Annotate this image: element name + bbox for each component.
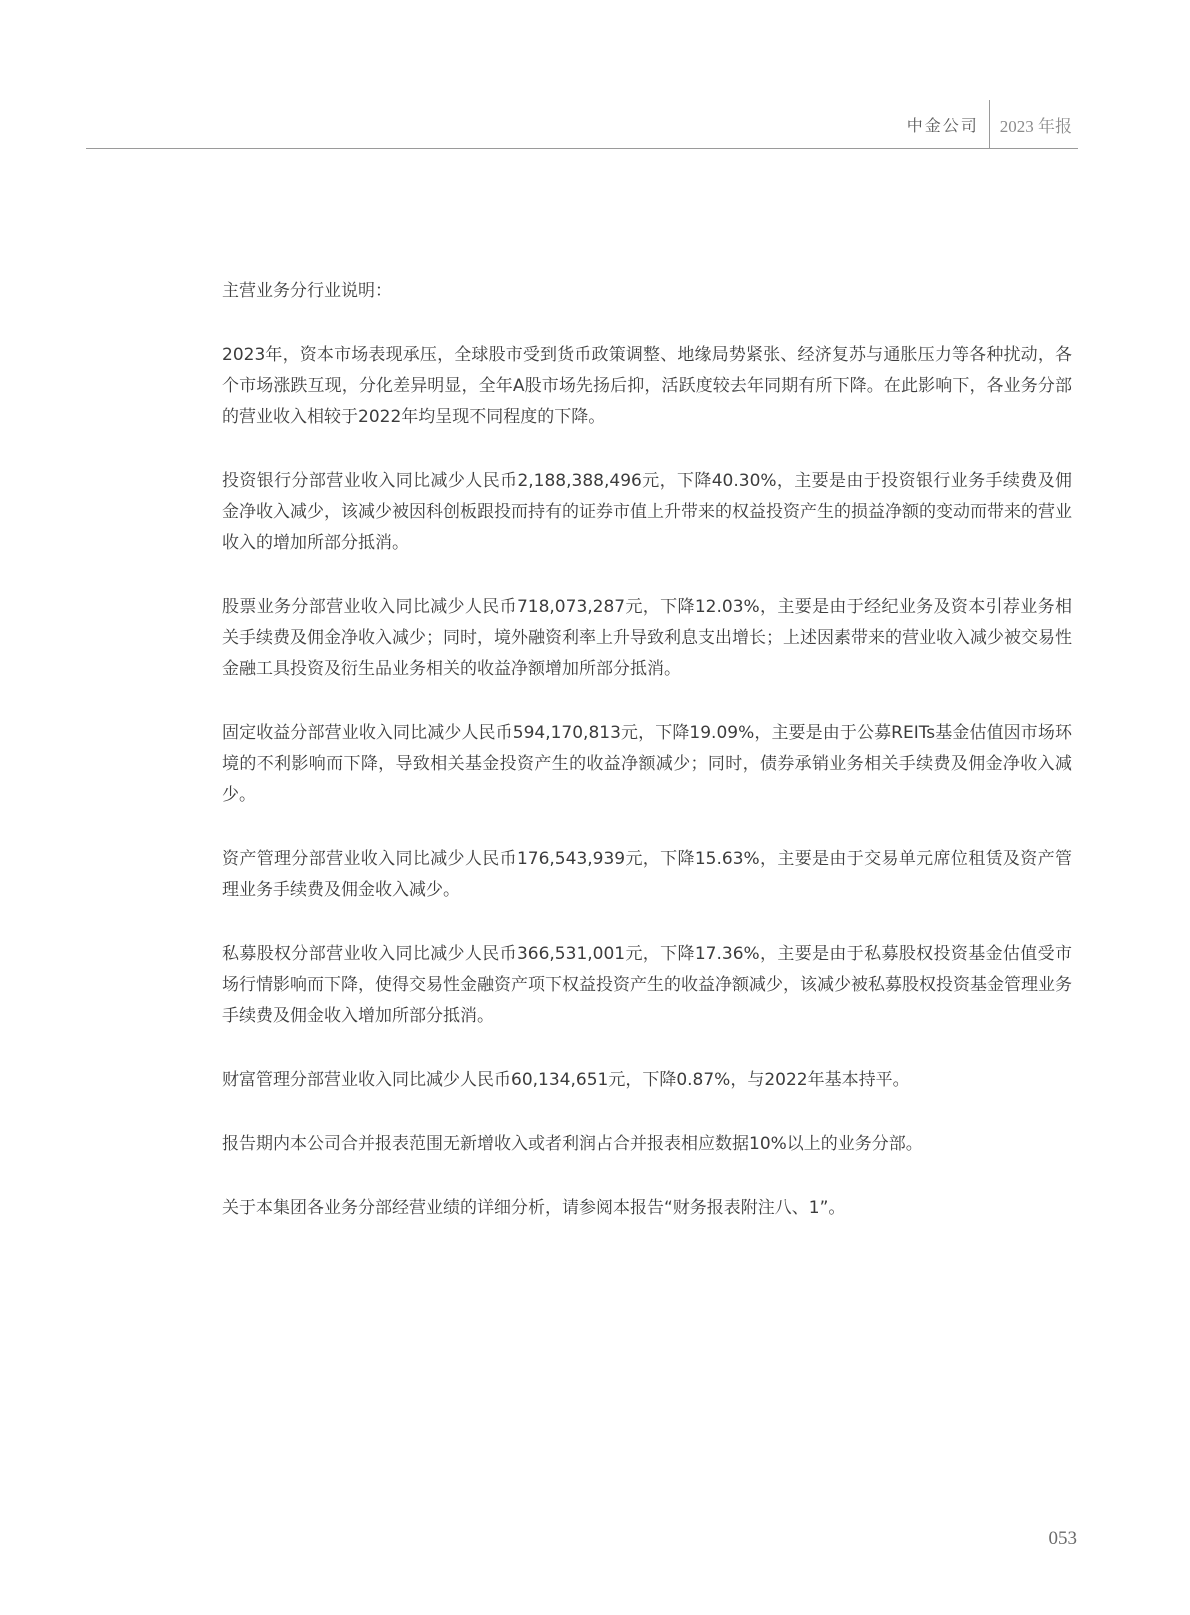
paragraph-investment-banking: 投资银行分部营业收入同比减少人民币2,188,388,496元，下降40.30%…	[222, 466, 1072, 559]
page-number: 053	[1049, 1528, 1078, 1550]
paragraph-wealth-management: 财富管理分部营业收入同比减少人民币60,134,651元，下降0.87%，与20…	[222, 1065, 1072, 1096]
paragraph-consolidation-scope: 报告期内本公司合并报表范围无新增收入或者利润占合并报表相应数据10%以上的业务分…	[222, 1129, 1072, 1160]
header-right: 中金公司 2023 年报	[907, 100, 1072, 148]
paragraph-private-equity: 私募股权分部营业收入同比减少人民币366,531,001元，下降17.36%，主…	[222, 939, 1072, 1032]
paragraph-equities: 股票业务分部营业收入同比减少人民币718,073,287元，下降12.03%，主…	[222, 592, 1072, 685]
paragraph-fixed-income: 固定收益分部营业收入同比减少人民币594,170,813元，下降19.09%，主…	[222, 718, 1072, 811]
main-content: 主营业务分行业说明： 2023年，资本市场表现承压，全球股市受到货币政策调整、地…	[222, 276, 1072, 1257]
page-header: 中金公司 2023 年报	[86, 100, 1078, 149]
paragraph-market-overview: 2023年，资本市场表现承压，全球股市受到货币政策调整、地缘局势紧张、经济复苏与…	[222, 340, 1072, 433]
section-heading: 主营业务分行业说明：	[222, 276, 1072, 307]
company-name: 中金公司	[907, 113, 989, 136]
paragraph-asset-management: 资产管理分部营业收入同比减少人民币176,543,939元，下降15.63%，主…	[222, 844, 1072, 906]
report-title: 2023 年报	[990, 112, 1072, 137]
paragraph-reference-note: 关于本集团各业务分部经营业绩的详细分析，请参阅本报告“财务报表附注八、1”。	[222, 1193, 1072, 1224]
